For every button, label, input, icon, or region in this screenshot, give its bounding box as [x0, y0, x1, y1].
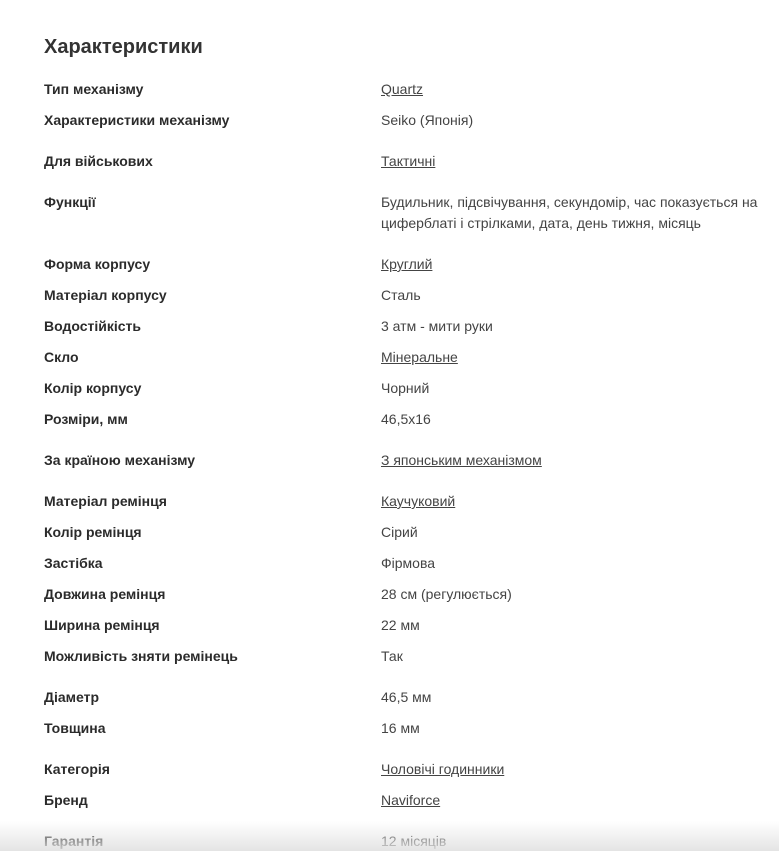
spec-label: Розміри, мм — [44, 409, 128, 430]
spec-label: За країною механізму — [44, 450, 195, 471]
spec-value-link[interactable]: Мінеральне — [381, 349, 458, 365]
spec-value: Каучуковий — [381, 491, 766, 512]
spec-value: Будильник, підсвічування, секундомір, ча… — [381, 192, 766, 234]
spec-value: 3 атм - мити руки — [381, 316, 766, 337]
spec-value-link[interactable]: Чоловічі годинники — [381, 761, 504, 777]
spec-label: Для військових — [44, 151, 153, 172]
spec-label: Характеристики механізму — [44, 110, 229, 131]
spec-label: Застібка — [44, 553, 103, 574]
section-title: Характеристики — [44, 36, 203, 59]
spec-value: Мінеральне — [381, 347, 766, 368]
spec-value: 22 мм — [381, 615, 766, 636]
spec-value: 16 мм — [381, 718, 766, 739]
spec-label: Діаметр — [44, 687, 99, 708]
spec-label: Гарантія — [44, 831, 103, 851]
spec-label: Матеріал корпусу — [44, 285, 167, 306]
spec-value: 46,5 мм — [381, 687, 766, 708]
spec-value: Фірмова — [381, 553, 766, 574]
spec-value: Naviforce — [381, 790, 766, 811]
spec-label: Колір корпусу — [44, 378, 141, 399]
spec-label: Ширина ремінця — [44, 615, 160, 636]
spec-label: Довжина ремінця — [44, 584, 165, 605]
spec-value: Quartz — [381, 79, 766, 100]
spec-value-link[interactable]: З японським механізмом — [381, 452, 542, 468]
spec-value: Seiko (Японія) — [381, 110, 766, 131]
spec-value: 46,5x16 — [381, 409, 766, 430]
spec-label: Тип механізму — [44, 79, 143, 100]
spec-label: Функції — [44, 192, 96, 213]
spec-label: Товщина — [44, 718, 106, 739]
spec-value: Так — [381, 646, 766, 667]
spec-value: Тактичні — [381, 151, 766, 172]
spec-label: Можливість зняти ремінець — [44, 646, 238, 667]
spec-value: Чоловічі годинники — [381, 759, 766, 780]
spec-label: Категорія — [44, 759, 110, 780]
spec-value-link[interactable]: Круглий — [381, 256, 432, 272]
spec-value: Сірий — [381, 522, 766, 543]
spec-value: Чорний — [381, 378, 766, 399]
spec-value: 12 місяців — [381, 831, 766, 851]
spec-value: Круглий — [381, 254, 766, 275]
spec-value-link[interactable]: Quartz — [381, 81, 423, 97]
spec-value: 28 см (регулюється) — [381, 584, 766, 605]
spec-label: Бренд — [44, 790, 88, 811]
spec-label: Водостійкість — [44, 316, 141, 337]
spec-label: Матеріал ремінця — [44, 491, 167, 512]
spec-value-link[interactable]: Naviforce — [381, 792, 440, 808]
spec-value: З японським механізмом — [381, 450, 766, 471]
spec-label: Колір ремінця — [44, 522, 142, 543]
spec-value: Сталь — [381, 285, 766, 306]
spec-value-link[interactable]: Каучуковий — [381, 493, 455, 509]
spec-label: Скло — [44, 347, 79, 368]
spec-value-link[interactable]: Тактичні — [381, 153, 435, 169]
spec-label: Форма корпусу — [44, 254, 150, 275]
